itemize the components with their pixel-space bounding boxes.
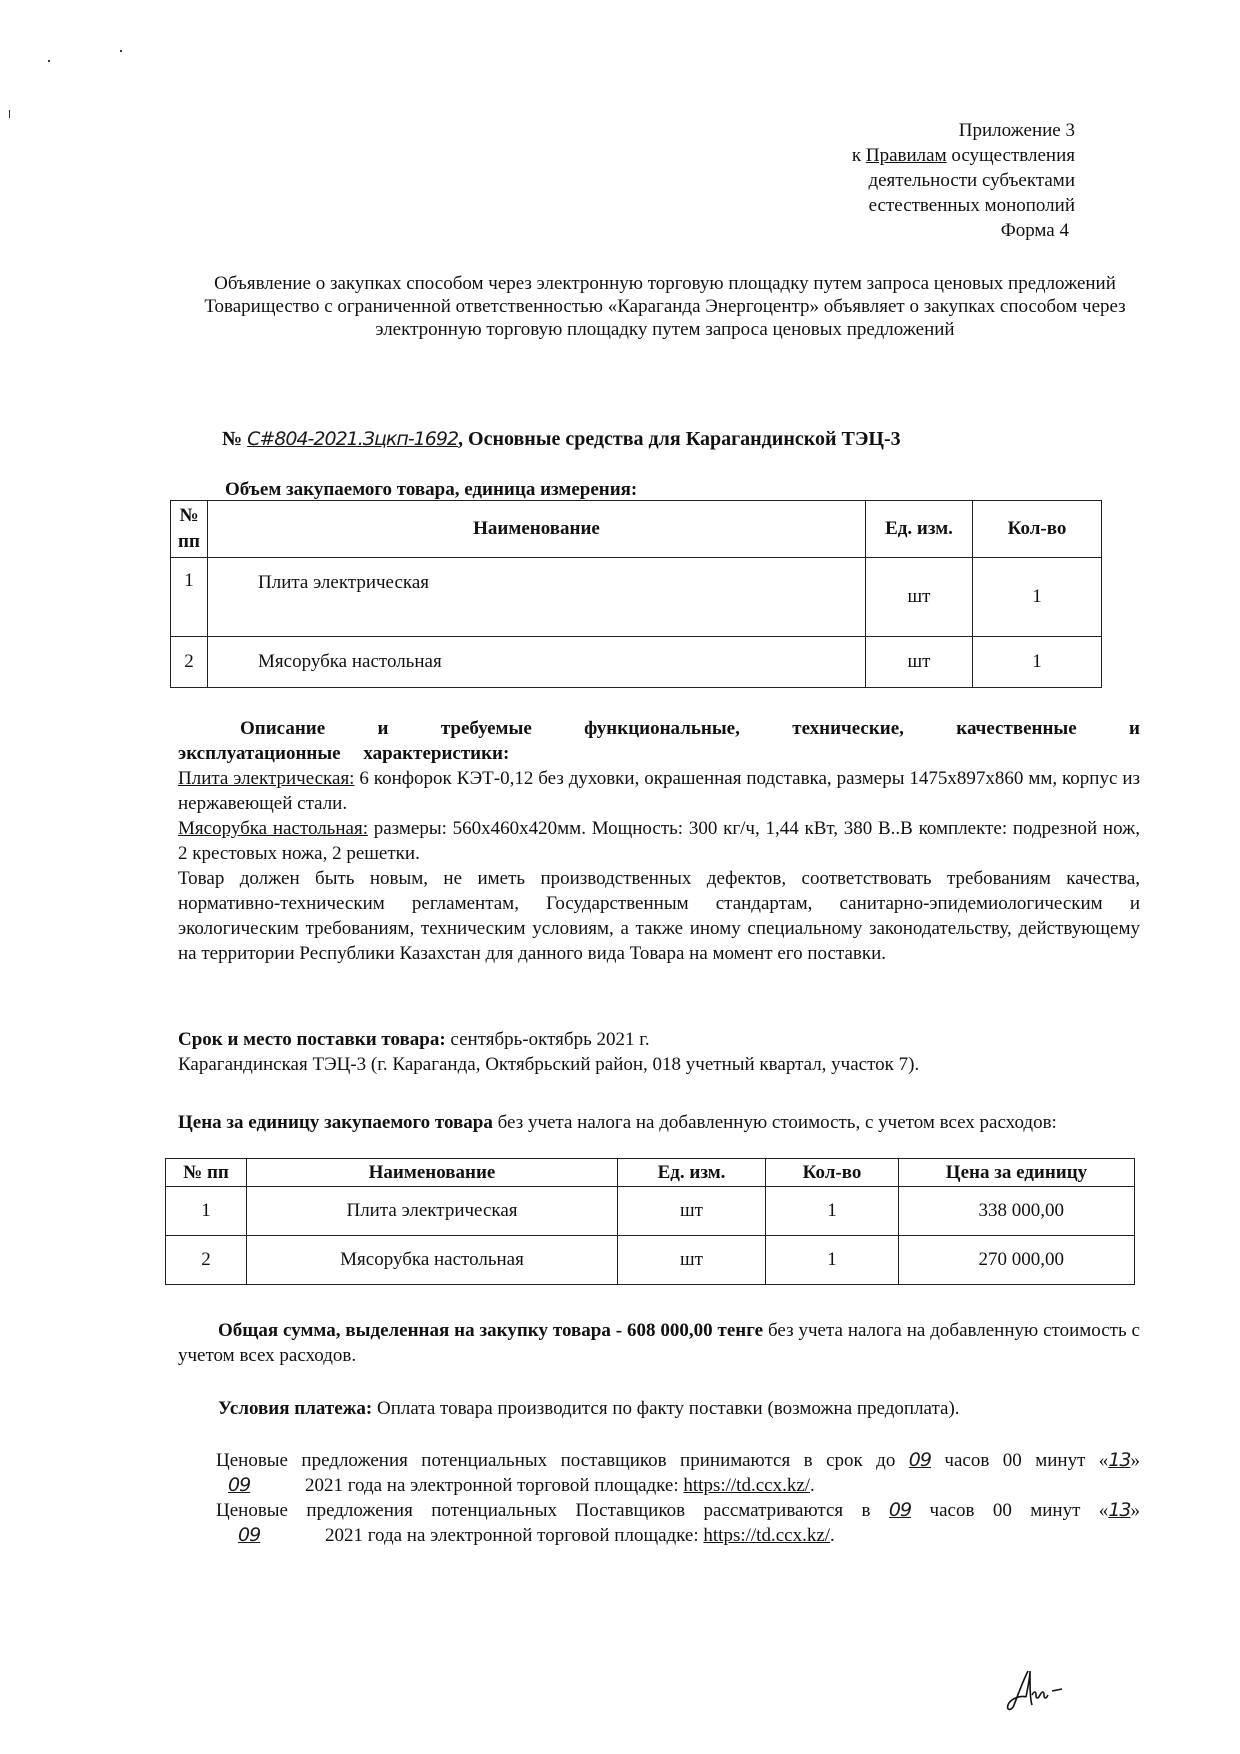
cell-unit: шт [618, 1236, 766, 1285]
accept-text: » [1131, 1450, 1141, 1471]
requirements-text: Товар должен быть новым, не иметь произв… [178, 866, 1140, 966]
delivery-place: Карагандинская ТЭЦ-3 (г. Караганда, Октя… [178, 1052, 1140, 1077]
col-num: № пп [166, 1159, 247, 1187]
payment-label: Условия платежа: [218, 1398, 372, 1419]
appendix-line: к Правилам осуществления [655, 143, 1075, 168]
form-number: Форма 4 [655, 218, 1075, 243]
handwritten-number: С#804-2021.Зцкп-1692 [247, 428, 458, 450]
announcement-title: Объявление о закупках способом через эле… [170, 272, 1160, 341]
volume-label: Объем закупаемого товара, единица измере… [225, 479, 637, 501]
appendix-prefix: к [852, 145, 866, 166]
cell-name: Плита электрическая [247, 1187, 618, 1236]
col-num: № пп [171, 501, 208, 558]
review-end: . [830, 1525, 835, 1546]
procurement-number: № С#804-2021.Зцкп-1692, Основные средств… [222, 428, 901, 451]
review-text: » [1131, 1500, 1141, 1521]
appendix-line: Приложение 3 [655, 118, 1075, 143]
cell-num: 2 [166, 1236, 247, 1285]
col-name: Наименование [247, 1159, 618, 1187]
cell-name: Плита электрическая [208, 558, 866, 637]
description-heading: Описание и требуемые функциональные, тех… [178, 716, 1140, 766]
review-deadline: Ценовые предложения потенциальных Постав… [178, 1498, 1140, 1548]
signature-icon [1000, 1665, 1070, 1715]
accept-text: часов 00 минут « [931, 1450, 1108, 1471]
accept-end: . [810, 1475, 815, 1496]
price-label: Цена за единицу закупаемого товара [178, 1112, 493, 1133]
title-line: Объявление о закупках способом через эле… [170, 272, 1160, 295]
col-name: Наименование [208, 501, 866, 558]
table-row: 1 Плита электрическая шт 1 338 000,00 [166, 1187, 1135, 1236]
cell-qty: 1 [766, 1236, 899, 1285]
col-unit: Ед. изм. [618, 1159, 766, 1187]
description-section: Описание и требуемые функциональные, тех… [178, 716, 1140, 966]
col-price: Цена за единицу [899, 1159, 1135, 1187]
table-row: 1 Плита электрическая шт 1 [171, 558, 1102, 637]
accept-deadline: Ценовые предложения потенциальных постав… [178, 1448, 1140, 1498]
number-sign: № [222, 428, 242, 450]
cell-qty: 1 [973, 558, 1102, 637]
procurement-subject: , Основные средства для Карагандинской Т… [458, 428, 901, 450]
cell-unit: шт [618, 1187, 766, 1236]
appendix-line: естественных монополий [655, 193, 1075, 218]
review-month-handwritten: 09 [178, 1524, 320, 1546]
delivery-section: Срок и место поставки товара: сентябрь-о… [178, 1027, 1140, 1077]
review-text: 2021 года на электронной торговой площад… [320, 1525, 703, 1546]
item2-description: Мясорубка настольная: размеры: 560х460х4… [178, 816, 1140, 866]
review-text: часов 00 минут « [911, 1500, 1108, 1521]
col-qty: Кол-во [766, 1159, 899, 1187]
accept-text: 2021 года на электронной торговой площад… [300, 1475, 683, 1496]
table-row: 2 Мясорубка настольная шт 1 270 000,00 [166, 1236, 1135, 1285]
delivery-period-value: сентябрь-октябрь 2021 г. [446, 1029, 650, 1050]
price-table: № пп Наименование Ед. изм. Кол-во Цена з… [165, 1158, 1135, 1285]
col-qty: Кол-во [973, 501, 1102, 558]
price-section-label: Цена за единицу закупаемого товара без у… [178, 1110, 1140, 1135]
accept-url-link[interactable]: https://td.ccx.kz/ [683, 1475, 810, 1496]
appendix-line: деятельности субъектами [655, 168, 1075, 193]
title-line: Товарищество с ограниченной ответственно… [170, 295, 1160, 341]
appendix-header: Приложение 3 к Правилам осуществления де… [655, 118, 1075, 243]
payment-text: Оплата товара производится по факту пост… [372, 1398, 959, 1419]
deadlines-section: Ценовые предложения потенциальных постав… [178, 1448, 1140, 1548]
cell-name: Мясорубка настольная [208, 637, 866, 688]
rules-link[interactable]: Правилам [866, 145, 947, 166]
price-label-suffix: без учета налога на добавленную стоимост… [493, 1112, 1057, 1133]
item1-label: Плита электрическая: [178, 768, 354, 789]
accept-day-handwritten: 13 [1108, 1449, 1130, 1471]
cell-num: 1 [166, 1187, 247, 1236]
table-header-row: № пп Наименование Ед. изм. Кол-во Цена з… [166, 1159, 1135, 1187]
cell-unit: шт [866, 637, 973, 688]
item1-description: Плита электрическая: 6 конфорок КЭТ-0,12… [178, 766, 1140, 816]
accept-hour-handwritten: 09 [909, 1449, 931, 1471]
review-text: Ценовые предложения потенциальных Постав… [216, 1500, 889, 1521]
total-label: Общая сумма, выделенная на закупку товар… [218, 1320, 763, 1341]
scan-speck [9, 110, 10, 118]
review-url-link[interactable]: https://td.ccx.kz/ [703, 1525, 830, 1546]
cell-num: 1 [171, 558, 208, 637]
accept-month-handwritten: 09 [178, 1474, 300, 1496]
delivery-label: Срок и место поставки товара: [178, 1029, 446, 1050]
cell-num: 2 [171, 637, 208, 688]
cell-qty: 1 [973, 637, 1102, 688]
cell-name: Мясорубка настольная [247, 1236, 618, 1285]
appendix-suffix: осуществления [947, 145, 1075, 166]
payment-section: Условия платежа: Оплата товара производи… [178, 1396, 1140, 1421]
cell-qty: 1 [766, 1187, 899, 1236]
cell-unit: шт [866, 558, 973, 637]
review-day-handwritten: 13 [1108, 1499, 1130, 1521]
cell-price: 338 000,00 [899, 1187, 1135, 1236]
volume-table: № пп Наименование Ед. изм. Кол-во 1 Плит… [170, 500, 1102, 688]
table-header-row: № пп Наименование Ед. изм. Кол-во [171, 501, 1102, 558]
total-section: Общая сумма, выделенная на закупку товар… [178, 1318, 1140, 1368]
review-hour-handwritten: 09 [889, 1499, 911, 1521]
table-row: 2 Мясорубка настольная шт 1 [171, 637, 1102, 688]
delivery-period: Срок и место поставки товара: сентябрь-о… [178, 1027, 1140, 1052]
col-unit: Ед. изм. [866, 501, 973, 558]
item2-label: Мясорубка настольная: [178, 818, 368, 839]
scan-speck [120, 50, 122, 52]
cell-price: 270 000,00 [899, 1236, 1135, 1285]
accept-text: Ценовые предложения потенциальных постав… [216, 1450, 909, 1471]
scan-speck [48, 60, 50, 62]
